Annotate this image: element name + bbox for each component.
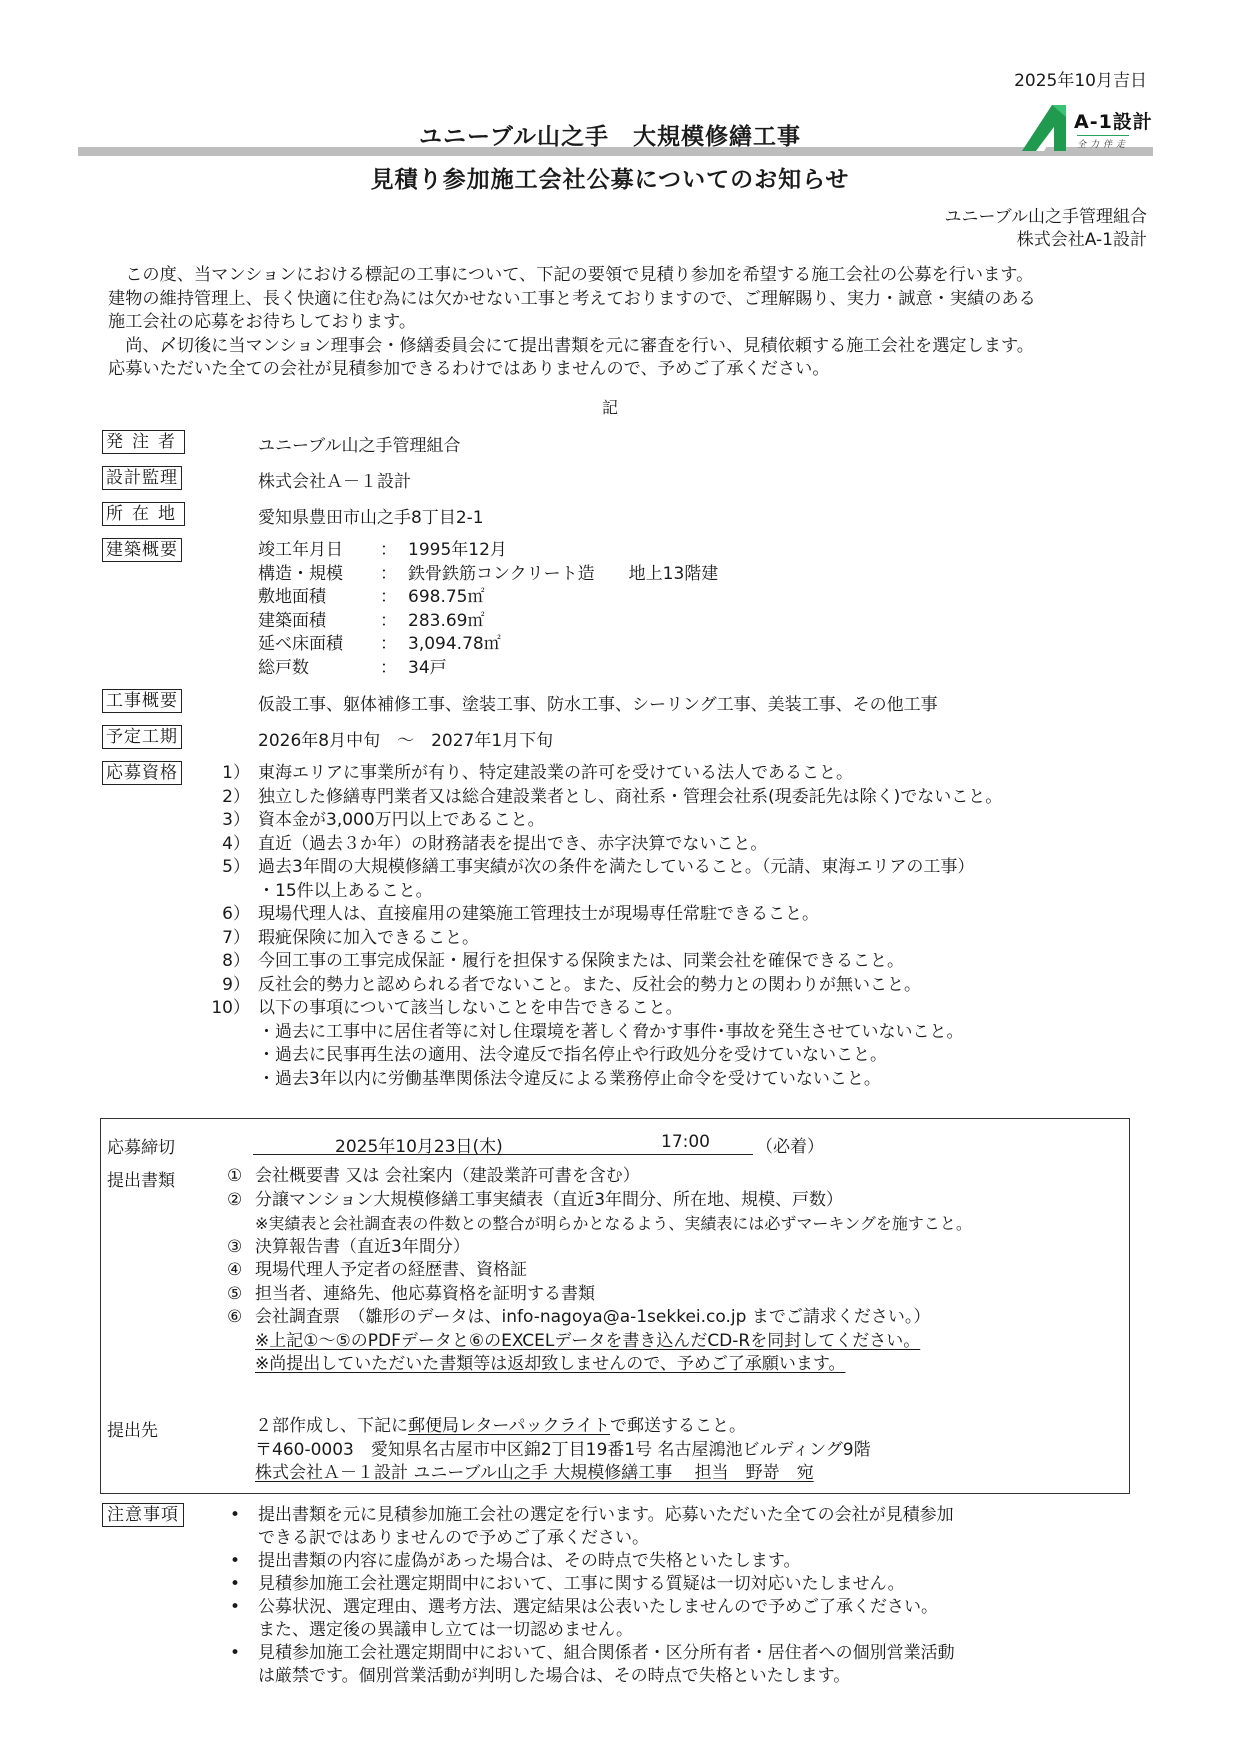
- note-item: •提出書類を元に見積参加施工会社の選定を行います。応募いただいた全ての会社が見積…: [230, 1504, 955, 1550]
- qualification-subitem: ・過去に工事中に居住者等に対し住環境を著しく脅かす事件･事故を発生させていないこ…: [200, 1021, 1002, 1045]
- document-item: ①会社概要書 又は 会社案内（建設業許可書を含む）: [227, 1165, 972, 1189]
- qualification-subitem: ・過去3年以内に労働基準関係法令違反による業務停止命令を受けていないこと。: [200, 1068, 1002, 1092]
- qualification-item: 9）反社会的勢力と認められる者でないこと。また、反社会的勢力との関わりが無いこと…: [200, 974, 1002, 998]
- qualification-item: 6）現場代理人は、直接雇用の建築施工管理技士が現場専任常駐できること。: [200, 903, 1002, 927]
- label-schedule: 予定工期: [102, 725, 182, 749]
- label-supervisor: 設計監理: [102, 466, 182, 490]
- note-item: •提出書類の内容に虚偽があった場合は、その時点で失格といたします。: [230, 1550, 955, 1573]
- documents-list: ①会社概要書 又は 会社案内（建設業許可書を含む） ②分譲マンション大規模修繕工…: [227, 1165, 972, 1377]
- deadline-date: 2025年10月23日(木): [335, 1132, 503, 1157]
- issuer-block: ユニーブル山之手管理組合 株式会社A-1設計: [945, 206, 1147, 252]
- work-summary-value: 仮設工事、躯体補修工事、塗装工事、防水工事、シーリング工事、美装工事、その他工事: [258, 690, 938, 715]
- qualification-item: 3）資本金が3,000万円以上であること。: [200, 809, 1002, 833]
- issue-date: 2025年10月吉日: [1014, 66, 1147, 91]
- spec-row: 建築面積：283.69㎡: [258, 610, 718, 634]
- submit-method: ２部作成し、下記に郵便局レターパックライトで郵送すること。: [255, 1415, 871, 1439]
- note-item: •見積参加施工会社選定期間中において、組合関係者・区分所有者・居住者への個別営業…: [230, 1642, 955, 1688]
- qualification-item: 1）東海エリアに事業所が有り、特定建設業の許可を受けている法人であること。: [200, 762, 1002, 786]
- note-item: •見積参加施工会社選定期間中において、工事に関する質疑は一切対応いたしません。: [230, 1573, 955, 1596]
- document-item: ②分譲マンション大規模修繕工事実績表（直近3年間分、所在地、規模、戸数）: [227, 1189, 972, 1213]
- note-item: •公募状況、選定理由、選考方法、選定結果は公表いたしませんので予めご了承ください…: [230, 1596, 955, 1642]
- qualification-item: 10）以下の事項について該当しないことを申告できること。: [200, 997, 1002, 1021]
- intro-paragraph: この度、当マンションにおける標記の工事について、下記の要領で見積り参加を希望する…: [108, 264, 1036, 382]
- spec-row: 敷地面積：698.75㎡: [258, 586, 718, 610]
- location-value: 愛知県豊田市山之手8丁目2-1: [258, 503, 484, 528]
- qualification-subitem: ・過去に民事再生法の適用、法令違反で指名停止や行政処分を受けていないこと。: [200, 1044, 1002, 1068]
- orderer-value: ユニーブル山之手管理組合: [258, 431, 460, 456]
- qualification-item: 7）瑕疵保険に加入できること。: [200, 927, 1002, 951]
- spec-row: 竣工年月日：1995年12月: [258, 539, 718, 563]
- spec-row: 構造・規模：鉄骨鉄筋コンクリート造 地上13階建: [258, 563, 718, 587]
- logo-tagline: 全力伴走: [1077, 135, 1129, 150]
- logo-name: A-1設計: [1074, 107, 1153, 134]
- document-item: ③決算報告書（直近3年間分）: [227, 1236, 972, 1260]
- intro-line: 尚、〆切後に当マンション理事会・修繕委員会にて提出書類を元に審査を行い、見積依頼…: [108, 335, 1036, 359]
- application-box: 応募締切 2025年10月23日(木) 17:00 （必着） 提出書類 ①会社概…: [100, 1118, 1130, 1494]
- ki-marker: 記: [0, 395, 1220, 418]
- label-building: 建築概要: [102, 538, 182, 562]
- intro-line: 応募いただいた全ての会社が見積参加できるわけではありませんので、予めご了承くださ…: [108, 358, 1036, 382]
- cdr-note: ※上記①～⑤のPDFデータと⑥のEXCELデータを書き込んだCD-Rを同封してく…: [227, 1330, 972, 1354]
- a1-logo-mark-icon: [1022, 105, 1074, 151]
- label-orderer: 発注者: [102, 430, 185, 454]
- letterpack-text: 郵便局レターパックライト: [408, 1416, 610, 1436]
- building-specs: 竣工年月日：1995年12月 構造・規模：鉄骨鉄筋コンクリート造 地上13階建 …: [258, 539, 718, 680]
- intro-line: 建物の維持管理上、長く快適に住む為には欠かせない工事と考えておりますので、ご理解…: [108, 288, 1036, 312]
- submit-to-block: ２部作成し、下記に郵便局レターパックライトで郵送すること。 〒460-0003 …: [255, 1415, 871, 1486]
- submit-address: 〒460-0003 愛知県名古屋市中区錦2丁目19番1号 名古屋鴻池ビルディング…: [255, 1439, 871, 1463]
- document-item: ⑤担当者、連絡先、他応募資格を証明する書類: [227, 1283, 972, 1307]
- deadline-note: （必着）: [756, 1132, 824, 1157]
- spec-row: 延べ床面積：3,094.78㎡: [258, 633, 718, 657]
- label-notes: 注意事項: [102, 1503, 184, 1527]
- deadline-label: 応募締切: [107, 1133, 175, 1158]
- deadline-time: 17:00: [661, 1132, 710, 1152]
- qualifications-list: 1）東海エリアに事業所が有り、特定建設業の許可を受けている法人であること。 2）…: [200, 762, 1002, 1091]
- qualification-item: 2）独立した修繕専門業者又は総合建設業者とし、商社系・管理会社系(現委託先は除く…: [200, 786, 1002, 810]
- notes-list: •提出書類を元に見積参加施工会社の選定を行います。応募いただいた全ての会社が見積…: [230, 1504, 955, 1688]
- qualification-item: 4）直近（過去３か年）の財務諸表を提出でき、赤字決算でないこと。: [200, 833, 1002, 857]
- spec-row: 総戸数：34戸: [258, 657, 718, 681]
- document-item: ⑥会社調査票 （雛形のデータは、info-nagoya@a-1sekkei.co…: [227, 1306, 972, 1330]
- label-work-summary: 工事概要: [102, 689, 182, 713]
- qualification-subitem: ・15件以上あること。: [200, 880, 1002, 904]
- issuer-association: ユニーブル山之手管理組合: [945, 206, 1147, 229]
- intro-line: この度、当マンションにおける標記の工事について、下記の要領で見積り参加を希望する…: [108, 264, 1036, 288]
- label-qualifications: 応募資格: [102, 761, 182, 785]
- company-logo: A-1設計 全力伴走: [1022, 105, 1152, 155]
- no-return-note: ※尚提出していただいた書類等は返却致しませんので、予めご了承願います。: [227, 1353, 972, 1377]
- qualification-item: 8）今回工事の工事完成保証・履行を担保する保険または、同業会社を確保できること。: [200, 950, 1002, 974]
- schedule-value: 2026年8月中旬 ～ 2027年1月下旬: [258, 726, 553, 751]
- documents-label: 提出書類: [107, 1166, 175, 1191]
- document-subtitle: 見積り参加施工会社公募についてのお知らせ: [0, 161, 1220, 194]
- label-location: 所在地: [102, 502, 185, 526]
- document-note: ※実績表と会社調査表の件数との整合が明らかとなるよう、実績表には必ずマーキングを…: [227, 1212, 972, 1236]
- issuer-company: 株式会社A-1設計: [945, 229, 1147, 252]
- submit-recipient: 株式会社Ａ－１設計 ユニーブル山之手 大規模修繕工事 担当 野嵜 宛: [255, 1462, 871, 1486]
- document-item: ④現場代理人予定者の経歴書、資格証: [227, 1259, 972, 1283]
- title-divider: [78, 147, 1153, 156]
- supervisor-value: 株式会社Ａ－１設計: [258, 467, 411, 492]
- intro-line: 施工会社の応募をお待ちしております。: [108, 311, 1036, 335]
- submit-to-label: 提出先: [107, 1416, 158, 1441]
- deadline-underline: [253, 1154, 753, 1155]
- qualification-item: 5）過去3年間の大規模修繕工事実績が次の条件を満たしていること。（元請、東海エリ…: [200, 856, 1002, 880]
